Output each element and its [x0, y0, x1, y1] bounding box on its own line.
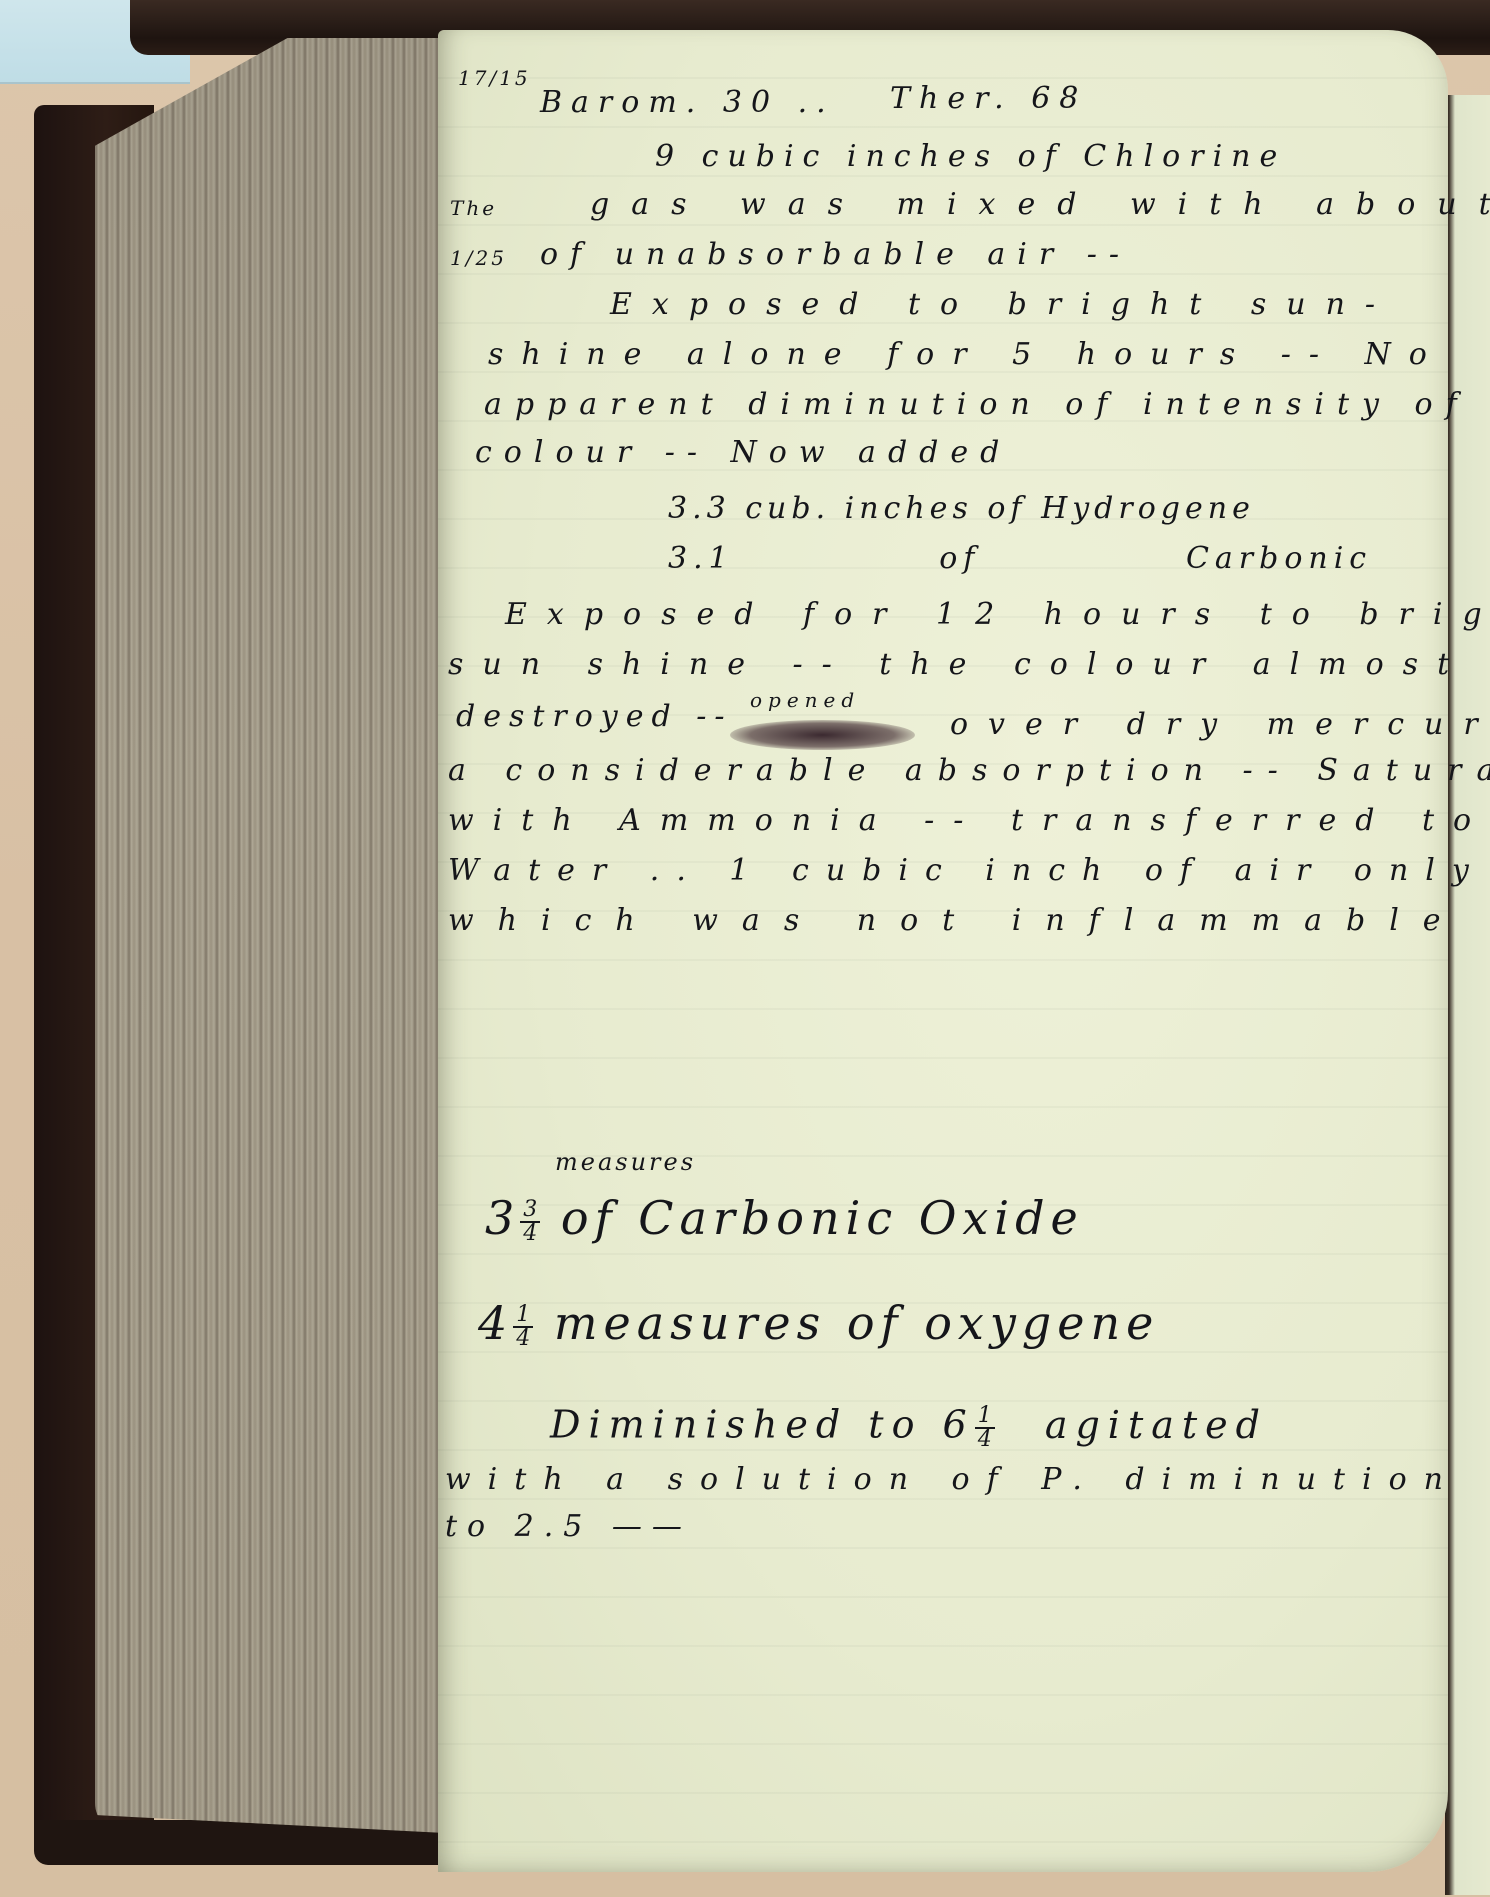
entry2-line2: 414 measures of oxygene: [478, 1300, 1159, 1350]
entry1-line: destroyed --: [456, 702, 733, 732]
entry1-line: over dry mercury: [950, 710, 1490, 740]
fraction: 14: [975, 1405, 995, 1451]
margin-note: The: [450, 198, 497, 218]
entry1-line: Exposed for 12 hours to bright: [505, 600, 1490, 630]
entry2-line3: Diminished to 614 agitated: [550, 1405, 1268, 1451]
entry1-line: 3.3 cub. inches of Hydrogene: [668, 494, 1255, 524]
entry2-line1: 334 of Carbonic Oxide: [485, 1195, 1084, 1245]
entry2-line5: to 2.5 ——: [445, 1512, 692, 1542]
entry2-line4: with a solution of P. diminution: [445, 1465, 1460, 1495]
barometer-reading: Barom. 30 ..: [540, 88, 835, 118]
entry1-line: sun shine -- the colour almost: [448, 650, 1468, 680]
entry1-line: of unabsorbable air --: [540, 240, 1131, 270]
page-edges-block: [95, 38, 445, 1833]
entry1-line: a considerable absorption -- Saturated: [448, 756, 1490, 786]
entry1-line: which was not inflammable: [448, 906, 1465, 936]
entry1-line: Exposed to bright sun-: [610, 290, 1395, 320]
entry1-line: 3.1 of Carbonic oxide: [668, 544, 1490, 574]
entry1-line: 9 cubic inches of Chlorine: [655, 142, 1286, 172]
entry1-line: shine alone for 5 hours -- No: [488, 340, 1445, 370]
entry1-line: with Ammonia -- transferred to: [448, 806, 1490, 836]
superscript-measures: measures: [555, 1150, 696, 1174]
entry1-line: gas was mixed with about: [590, 190, 1490, 220]
entry1-line: apparent diminution of intensity of: [484, 390, 1470, 420]
entry2-text: of Carbonic Oxide: [561, 1191, 1084, 1245]
entry1-line: colour -- Now added: [475, 438, 1011, 468]
entry1-line: Water .. 1 cubic inch of air only: [448, 856, 1486, 886]
fraction: 34: [520, 1199, 540, 1245]
margin-fraction: 1/25: [450, 248, 507, 268]
fraction: 14: [513, 1304, 533, 1350]
margin-date: 17/15: [458, 68, 531, 88]
ink-smudge: [730, 720, 915, 750]
correction-above: opened: [750, 690, 860, 710]
whole-number: 3: [485, 1191, 520, 1245]
thermometer-reading: Ther. 68: [890, 84, 1087, 114]
facing-page-edge: [1445, 95, 1490, 1895]
